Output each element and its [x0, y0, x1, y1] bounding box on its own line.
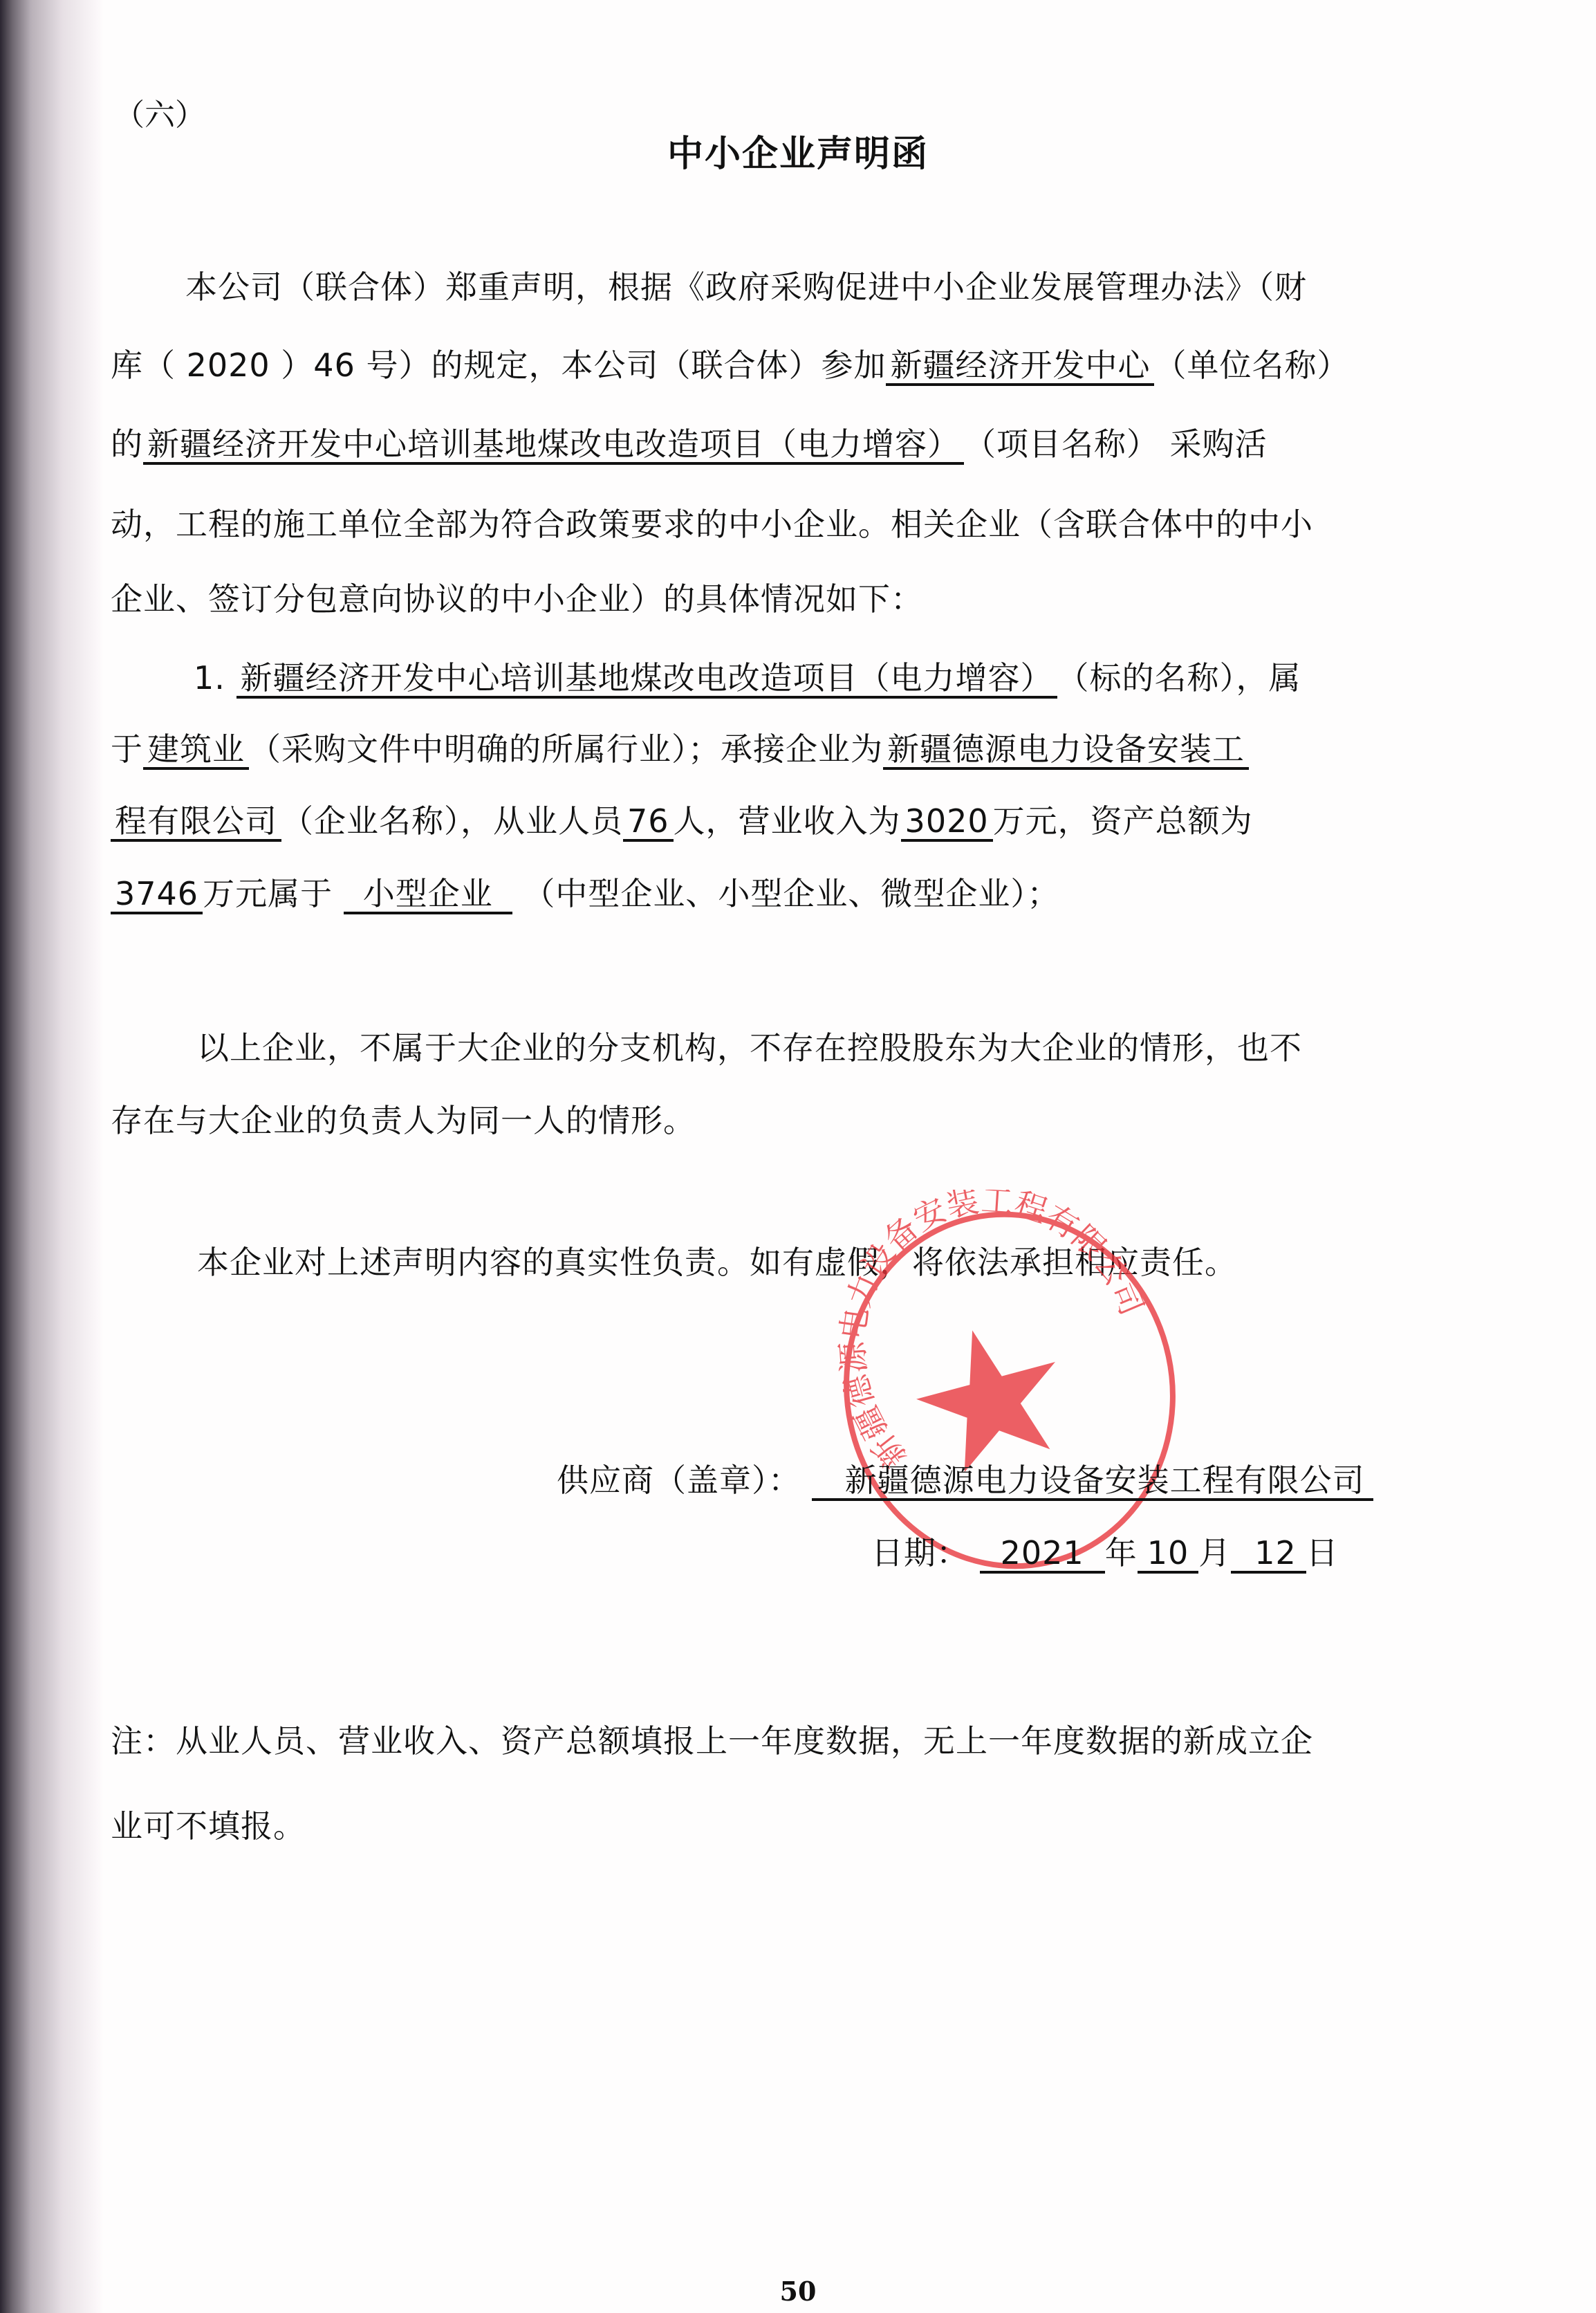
para1-line3: 的新疆经济开发中心培训基地煤改电改造项目（电力增容）（项目名称） 采购活	[111, 423, 1268, 465]
stamp-text-top: 新疆德源电力设备安装工程有限公司	[830, 1190, 1174, 1481]
date-year: 2021	[980, 1535, 1105, 1574]
enterprise-type: 小型企业	[344, 876, 512, 914]
text: 人，营业收入为	[674, 802, 901, 840]
item1-line2: 于建筑业（采购文件中明确的所属行业）；承接企业为新疆德源电力设备安装工	[111, 728, 1249, 770]
para1-line4: 动，工程的施工单位全部为符合政策要求的中小企业。相关企业（含联合体中的中小	[111, 504, 1313, 545]
item1-line1: 1. 新疆经济开发中心培训基地煤改电改造项目（电力增容）（标的名称），属	[194, 657, 1301, 699]
contractor-name-part2: 程有限公司	[111, 803, 281, 842]
supplier-line: 供应商（盖章）： 新疆德源电力设备安装工程有限公司	[557, 1459, 1373, 1501]
date-line: 日期： 2021年10月12日	[871, 1532, 1339, 1574]
text: （单位名称）	[1154, 347, 1349, 384]
supplier-name: 新疆德源电力设备安装工程有限公司	[812, 1462, 1373, 1501]
project-name: 新疆经济开发中心培训基地煤改电改造项目（电力增容）	[143, 426, 964, 465]
svg-text:新疆德源电力设备安装工程有限公司: 新疆德源电力设备安装工程有限公司	[830, 1190, 1174, 1481]
subject-name: 新疆经济开发中心培训基地煤改电改造项目（电力增容）	[236, 660, 1057, 699]
revenue: 3020	[901, 803, 993, 842]
contractor-name-part1: 新疆德源电力设备安装工	[883, 731, 1249, 770]
text: 于	[111, 730, 143, 768]
para2-line2: 存在与大企业的负责人为同一人的情形。	[111, 1100, 696, 1141]
text: 万元，资产总额为	[993, 802, 1253, 840]
para1-line1: 本公司（联合体）郑重声明，根据《政府采购促进中小企业发展管理办法》（财	[185, 266, 1307, 308]
para1-line2: 库（ 2020 ）46 号）的规定，本公司（联合体）参加新疆经济开发中心（单位名…	[111, 344, 1349, 386]
document-title: 中小企业声明函	[0, 125, 1596, 176]
text: （企业名称），从业人员	[281, 802, 623, 840]
scan-edge-shadow	[0, 0, 104, 2313]
text: 万元属于	[203, 875, 333, 912]
assets: 3746	[111, 876, 203, 914]
text: （项目名称） 采购活	[964, 425, 1268, 463]
text: （采购文件中明确的所属行业）；承接企业为	[249, 730, 883, 768]
text: 日	[1306, 1534, 1339, 1572]
text: （标的名称），属	[1057, 659, 1301, 697]
text: 月	[1198, 1534, 1231, 1572]
text: （中型企业、小型企业、微型企业）；	[523, 875, 1059, 912]
item1-line3: 程有限公司（企业名称），从业人员76人，营业收入为3020万元，资产总额为	[111, 800, 1253, 842]
purchaser-name: 新疆经济开发中心	[886, 347, 1154, 386]
text: 的	[111, 425, 143, 463]
date-month: 10	[1138, 1535, 1199, 1574]
date-day: 12	[1231, 1535, 1306, 1574]
employees: 76	[623, 803, 674, 842]
page-number: 50	[0, 2276, 1596, 2307]
item1-line4: 3746万元属于 小型企业 （中型企业、小型企业、微型企业）；	[111, 873, 1059, 914]
para2-line1: 以上企业，不属于大企业的分支机构，不存在控股股东为大企业的情形，也不	[197, 1027, 1302, 1069]
para3-responsibility: 本企业对上述声明内容的真实性负责。如有虚假，将依法承担相应责任。	[197, 1242, 1237, 1283]
stamp-star-icon	[903, 1311, 1077, 1479]
item-index: 1.	[194, 659, 225, 697]
note-line1: 注：从业人员、营业收入、资产总额填报上一年度数据，无上一年度数据的新成立企	[111, 1720, 1313, 1762]
industry: 建筑业	[143, 731, 249, 770]
text: 库（ 2020 ）46 号）的规定，本公司（联合体）参加	[111, 347, 886, 384]
date-label: 日期：	[871, 1534, 969, 1572]
para1-line5: 企业、签订分包意向协议的中小企业）的具体情况如下：	[111, 578, 923, 620]
supplier-label: 供应商（盖章）：	[557, 1462, 801, 1499]
text: 年	[1105, 1534, 1138, 1572]
note-line2: 业可不填报。	[111, 1805, 306, 1847]
